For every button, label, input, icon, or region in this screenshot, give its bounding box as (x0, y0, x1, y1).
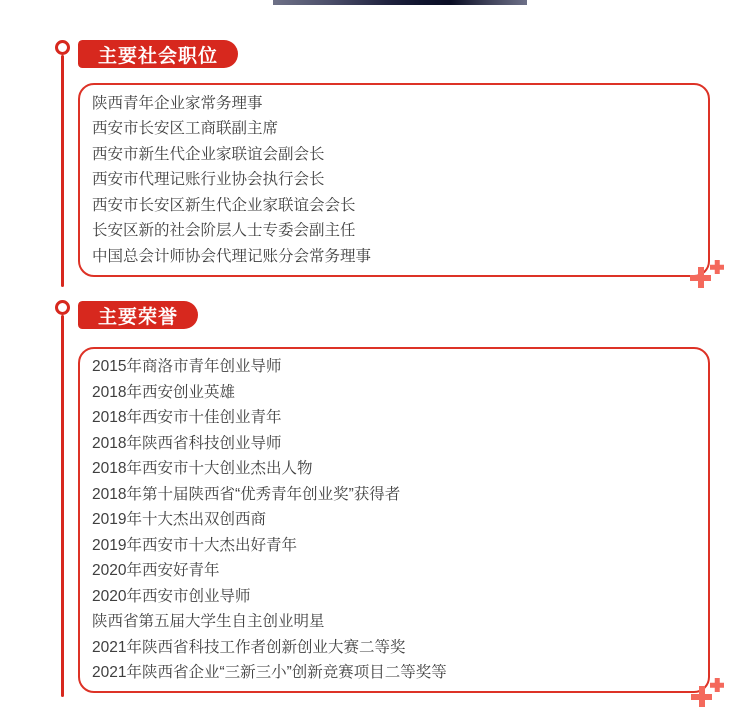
list-item: 2019年西安市十大杰出好青年 (92, 533, 698, 559)
plus-bar (715, 260, 720, 274)
list-item: 陕西省第五届大学生自主创业明星 (92, 609, 698, 635)
plus-icon (710, 678, 724, 692)
photo-bottom-edge (273, 0, 527, 5)
timeline-ring-icon (55, 300, 70, 315)
list-item: 西安市新生代企业家联谊会副会长 (92, 142, 698, 168)
list-item: 西安市长安区新生代企业家联谊会会长 (92, 193, 698, 219)
honors-box: 2015年商洛市青年创业导师2018年西安创业英雄2018年西安市十佳创业青年2… (78, 347, 710, 693)
list-item: 长安区新的社会阶层人士专委会副主任 (92, 218, 698, 244)
section-title: 主要荣誉 (98, 302, 178, 329)
list-item: 中国总会计师协会代理记账分会常务理事 (92, 244, 698, 270)
section-title-badge: 主要荣誉 (78, 301, 198, 329)
list-item: 2018年西安创业英雄 (92, 380, 698, 406)
social-positions-list: 陕西青年企业家常务理事西安市长安区工商联副主席西安市新生代企业家联谊会副会长西安… (80, 85, 708, 275)
list-item: 2020年西安市创业导师 (92, 584, 698, 610)
profile-infographic-page: 主要社会职位 陕西青年企业家常务理事西安市长安区工商联副主席西安市新生代企业家联… (0, 0, 745, 724)
plus-bar (715, 678, 720, 692)
plus-bar (698, 267, 704, 288)
list-item: 2018年第十届陕西省“优秀青年创业奖”获得者 (92, 482, 698, 508)
list-item: 2018年西安市十佳创业青年 (92, 405, 698, 431)
social-positions-box: 陕西青年企业家常务理事西安市长安区工商联副主席西安市新生代企业家联谊会副会长西安… (78, 83, 710, 277)
timeline-ring-icon (55, 40, 70, 55)
list-item: 2021年陕西省科技工作者创新创业大赛二等奖 (92, 635, 698, 661)
plus-icon (710, 260, 724, 274)
list-item: 西安市长安区工商联副主席 (92, 116, 698, 142)
plus-icon (690, 267, 711, 288)
honors-list: 2015年商洛市青年创业导师2018年西安创业英雄2018年西安市十佳创业青年2… (80, 349, 708, 691)
plus-bar (699, 686, 705, 707)
plus-icon (691, 686, 712, 707)
list-item: 西安市代理记账行业协会执行会长 (92, 167, 698, 193)
list-item: 2018年西安市十大创业杰出人物 (92, 456, 698, 482)
timeline-line (61, 315, 64, 697)
timeline-line (61, 55, 64, 287)
section-title-badge: 主要社会职位 (78, 40, 238, 68)
list-item: 2021年陕西省企业“三新三小”创新竞赛项目二等奖等 (92, 660, 698, 686)
list-item: 陕西青年企业家常务理事 (92, 91, 698, 117)
list-item: 2019年十大杰出双创西商 (92, 507, 698, 533)
list-item: 2015年商洛市青年创业导师 (92, 354, 698, 380)
list-item: 2018年陕西省科技创业导师 (92, 431, 698, 457)
list-item: 2020年西安好青年 (92, 558, 698, 584)
section-title: 主要社会职位 (98, 41, 218, 68)
